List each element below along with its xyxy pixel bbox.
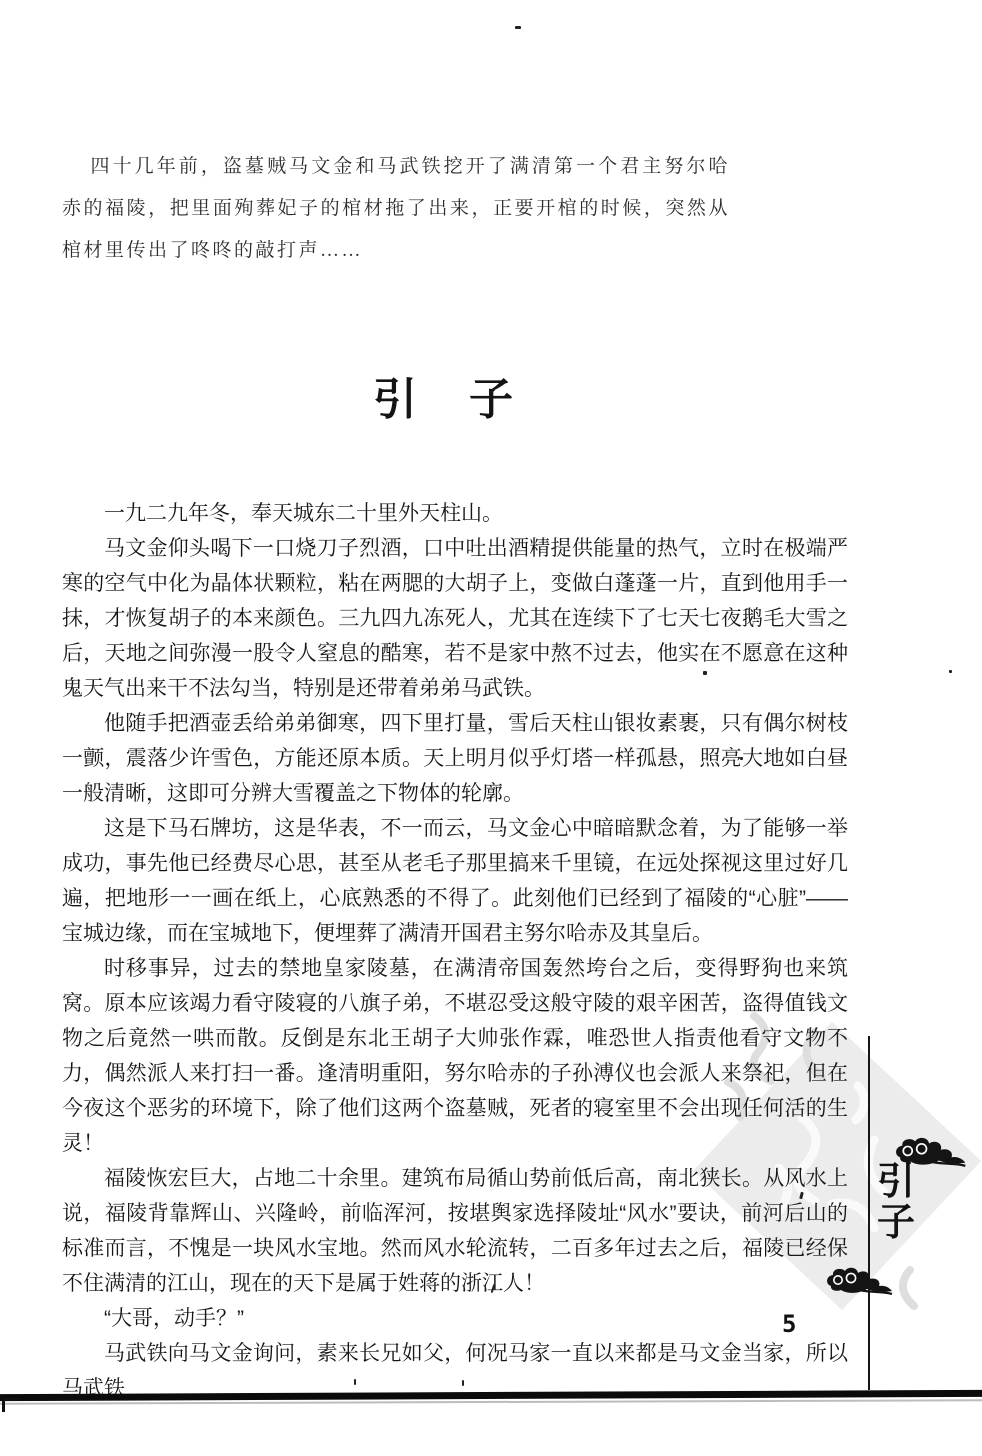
- page-number: 5: [782, 1310, 797, 1338]
- scan-speck: [515, 26, 521, 29]
- scan-speck: [740, 757, 743, 760]
- cloud-scroll-icon: [820, 1266, 894, 1296]
- scan-speck: [354, 1379, 356, 1385]
- body-paragraph: 马文金仰头喝下一口烧刀子烈酒，口中吐出酒精提供能量的热气，立时在极端严寒的空气中…: [62, 531, 848, 706]
- body-paragraph: “大哥，动手？”: [62, 1301, 848, 1336]
- body-paragraph: 他随手把酒壶丢给弟弟御寒，四下里打量，雪后天柱山银妆素裹，只有偶尔树枝一颤，震落…: [62, 706, 848, 811]
- sidebar-chapter-char: 引: [874, 1162, 918, 1203]
- sidebar-chapter-title: 引 子: [874, 1162, 918, 1244]
- scan-speck: [949, 670, 952, 673]
- body-paragraph: 时移事异，过去的禁地皇家陵墓，在满清帝国轰然垮台之后，变得野狗也来筑窝。原本应该…: [62, 951, 848, 1161]
- body-paragraph: 一九二九年冬，奉天城东二十里外天柱山。: [62, 496, 848, 531]
- chapter-title: 引 子: [62, 374, 828, 426]
- body-paragraph: 福陵恢宏巨大，占地二十余里。建筑布局循山势前低后高，南北狭长。从风水上说，福陵背…: [62, 1161, 848, 1301]
- body-text: 一九二九年冬，奉天城东二十里外天柱山。 马文金仰头喝下一口烧刀子烈酒，口中吐出酒…: [62, 496, 848, 1406]
- sidebar-chapter-char: 子: [874, 1203, 918, 1244]
- body-paragraph: 这是下马石牌坊，这是华表，不一而云，马文金心中暗暗默念着，为了能够一举成功，事先…: [62, 811, 848, 951]
- book-page: 四十几年前，盗墓贼马文金和马武铁挖开了满清第一个君主努尔哈赤的福陵，把里面殉葬妃…: [0, 0, 982, 1456]
- scan-speck: [462, 1380, 464, 1386]
- scan-corner-mark: [2, 1398, 19, 1412]
- handwritten-epigraph: 四十几年前，盗墓贼马文金和马武铁挖开了满清第一个君主努尔哈赤的福陵，把里面殉葬妃…: [62, 146, 730, 272]
- scan-speck: [703, 671, 707, 675]
- sidebar-rule: [868, 1036, 870, 1390]
